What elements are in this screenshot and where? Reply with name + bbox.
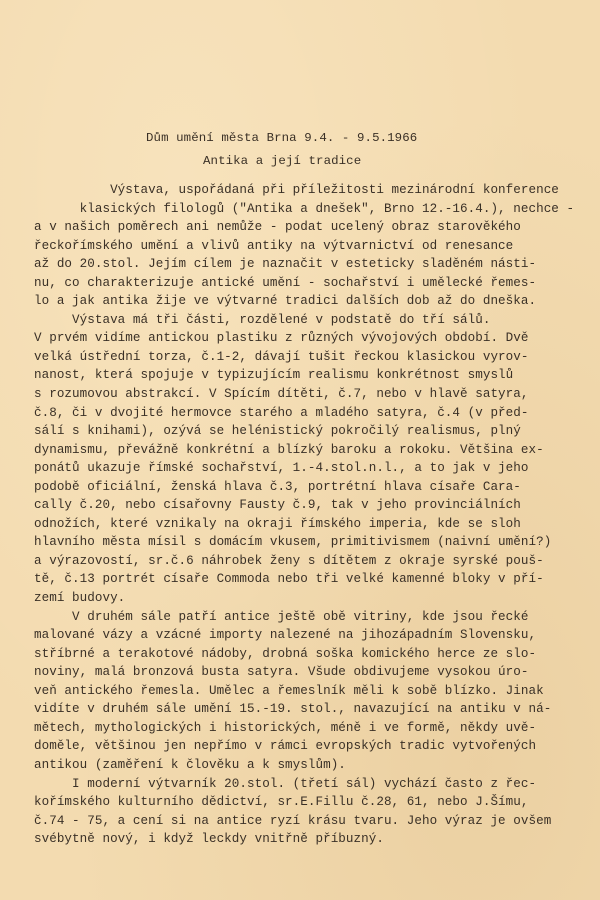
- text-line: nanost, která spojuje v typizujícím real…: [34, 366, 594, 385]
- text-line: svébytně nový, i když leckdy vnitřně pří…: [34, 830, 594, 849]
- text-line: ponátů ukazuje římské sochařství, 1.-4.s…: [34, 459, 594, 478]
- text-line: malované vázy a vzácné importy nalezené …: [34, 626, 594, 645]
- text-line: antikou (zaměření k člověku a k smyslům)…: [34, 756, 594, 775]
- text-line: sálí s knihami), ozývá se helénistický p…: [34, 422, 594, 441]
- text-line: noviny, malá bronzová busta satyra. Všud…: [34, 663, 594, 682]
- text-line: č.8, či v dvojité hermovce starého a mla…: [34, 404, 594, 423]
- text-line: dynamismu, převážně konkrétní a blízký b…: [34, 441, 594, 460]
- text-line: řeckořímského umění a vlivů antiky na vý…: [34, 237, 594, 256]
- text-line: I moderní výtvarník 20.stol. (třetí sál)…: [34, 775, 594, 794]
- text-line: doměle, většinou jen nepřímo v rámci evr…: [34, 737, 594, 756]
- text-line: Výstava má tři části, rozdělené v podsta…: [34, 311, 594, 330]
- text-line: velká ústřední torza, č.1-2, dávají tuši…: [34, 348, 594, 367]
- text-line: veň antického řemesla. Umělec a řemeslní…: [34, 682, 594, 701]
- text-line: odnožích, které vznikaly na okraji římsk…: [34, 515, 594, 534]
- text-line: nu, co charakterizuje antické umění - so…: [34, 274, 594, 293]
- text-line: až do 20.stol. Jejím cílem je naznačit v…: [34, 255, 594, 274]
- text-line: mětech, mythologických i historických, m…: [34, 719, 594, 738]
- text-line: hlavního města mísil s domácím vkusem, p…: [34, 533, 594, 552]
- text-line: V prvém vidíme antickou plastiku z různý…: [34, 329, 594, 348]
- text-line: V druhém sále patří antice ještě obě vit…: [34, 608, 594, 627]
- text-line: cally č.20, nebo císařovny Fausty č.9, t…: [34, 496, 594, 515]
- text-line: Výstava, uspořádaná při příležitosti mez…: [34, 181, 594, 200]
- text-line: č.74 - 75, a cení si na antice ryzí krás…: [34, 812, 594, 831]
- text-line: s rozumovou abstrakcí. V Spícím dítěti, …: [34, 385, 594, 404]
- text-line: vidíte v druhém sále umění 15.-19. stol.…: [34, 700, 594, 719]
- document-body: Výstava, uspořádaná při příležitosti mez…: [34, 181, 594, 849]
- text-line: lo a jak antika žije ve výtvarné tradici…: [34, 292, 594, 311]
- text-line: zemí budovy.: [34, 589, 594, 608]
- typewritten-page: Dům umění města Brna 9.4. - 9.5.1966 Ant…: [0, 0, 600, 900]
- text-line: stříbrné a terakotové nádoby, drobná soš…: [34, 645, 594, 664]
- text-line: a v našich poměrech ani nemůže - podat u…: [34, 218, 594, 237]
- document-title: Dům umění města Brna 9.4. - 9.5.1966: [146, 131, 417, 145]
- text-line: podobě oficiální, ženská hlava č.3, port…: [34, 478, 594, 497]
- document-subtitle: Antika a její tradice: [203, 154, 361, 168]
- text-line: tě, č.13 portrét císaře Commoda nebo tři…: [34, 570, 594, 589]
- text-line: kořímského kulturního dědictví, sr.E.Fil…: [34, 793, 594, 812]
- text-line: a výrazovostí, sr.č.6 náhrobek ženy s dí…: [34, 552, 594, 571]
- text-line: klasických filologů ("Antika a dnešek", …: [34, 200, 594, 219]
